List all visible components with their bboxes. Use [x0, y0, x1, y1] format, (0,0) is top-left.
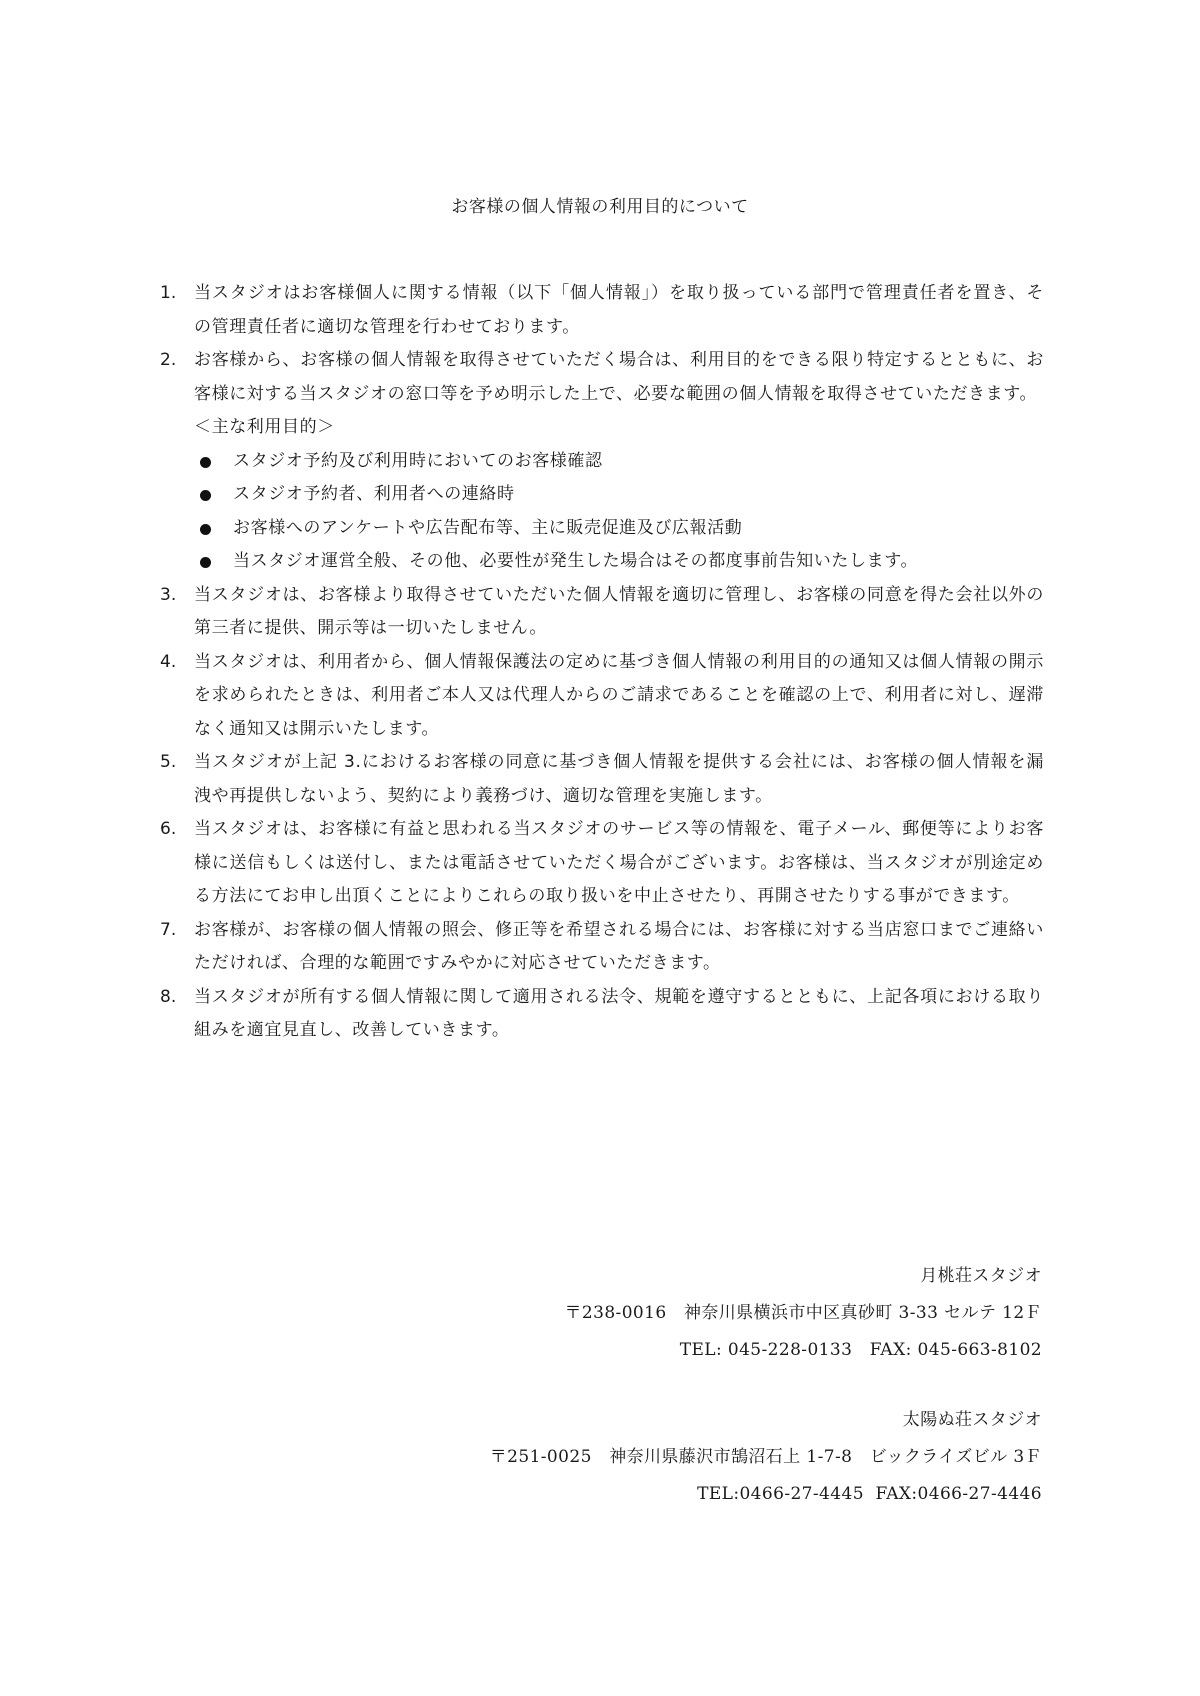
item-number: 1. — [160, 277, 190, 311]
purposes-heading: ＜主な利用目的＞ — [160, 411, 1044, 445]
policy-item-1: 1. 当スタジオはお客様個人に関する情報（以下「個人情報」）を取り扱っている部門… — [160, 277, 1044, 344]
page-title: お客様の個人情報の利用目的について — [0, 192, 1200, 217]
item-text: 当スタジオが所有する個人情報に関して適用される法令、規範を遵守するとともに、上記… — [194, 981, 1044, 1048]
studio-address: 〒238-0016 神奈川県横浜市中区真砂町 3-33 セルテ 12Ｆ — [565, 1295, 1043, 1332]
policy-item-6: 6. 当スタジオは、お客様に有益と思われる当スタジオのサービス等の情報を、電子メ… — [160, 813, 1044, 914]
purpose-bullet-1: スタジオ予約及び利用時においてのお客様確認 — [160, 445, 1044, 479]
bullet-icon — [200, 557, 211, 568]
policy-list: 1. 当スタジオはお客様個人に関する情報（以下「個人情報」）を取り扱っている部門… — [160, 277, 1044, 1048]
bullet-text: お客様へのアンケートや広告配布等、主に販売促進及び広報活動 — [233, 518, 742, 538]
item-number: 2. — [160, 344, 190, 378]
bullet-text: 当スタジオ運営全般、その他、必要性が発生した場合はその都度事前告知いたします。 — [233, 551, 918, 571]
studio-name: 月桃荘スタジオ — [565, 1258, 1043, 1295]
item-text: 当スタジオは、お客様より取得させていただいた個人情報を適切に管理し、お客様の同意… — [194, 579, 1044, 646]
item-text: 当スタジオはお客様個人に関する情報（以下「個人情報」）を取り扱っている部門で管理… — [194, 277, 1044, 344]
policy-item-4: 4. 当スタジオは、利用者から、個人情報保護法の定めに基づき個人情報の利用目的の… — [160, 646, 1044, 747]
studio-address: 〒251-0025 神奈川県藤沢市鵠沼石上 1-7-8 ビックライズビル 3Ｆ — [490, 1439, 1042, 1476]
studio-name: 太陽ぬ荘スタジオ — [490, 1402, 1042, 1439]
item-text: 当スタジオは、利用者から、個人情報保護法の定めに基づき個人情報の利用目的の通知又… — [194, 646, 1044, 747]
studio-phone-fax: TEL:0466-27-4445 FAX:0466-27-4446 — [490, 1476, 1042, 1513]
item-text: お客様から、お客様の個人情報を取得させていただく場合は、利用目的をできる限り特定… — [194, 344, 1044, 411]
item-number: 6. — [160, 813, 190, 847]
bullet-text: スタジオ予約者、利用者への連絡時 — [233, 484, 515, 504]
item-number: 4. — [160, 646, 190, 680]
bullet-icon — [200, 524, 211, 535]
item-number: 8. — [160, 981, 190, 1015]
item-number: 3. — [160, 579, 190, 613]
purpose-bullet-4: 当スタジオ運営全般、その他、必要性が発生した場合はその都度事前告知いたします。 — [160, 545, 1044, 579]
studio-contact-1: 月桃荘スタジオ 〒238-0016 神奈川県横浜市中区真砂町 3-33 セルテ … — [565, 1258, 1043, 1369]
policy-item-8: 8. 当スタジオが所有する個人情報に関して適用される法令、規範を遵守するとともに… — [160, 981, 1044, 1048]
item-number: 7. — [160, 914, 190, 948]
purpose-bullet-3: お客様へのアンケートや広告配布等、主に販売促進及び広報活動 — [160, 512, 1044, 546]
policy-item-5: 5. 当スタジオが上記 3.におけるお客様の同意に基づき個人情報を提供する会社に… — [160, 746, 1044, 813]
bullet-icon — [200, 457, 211, 468]
policy-item-3: 3. 当スタジオは、お客様より取得させていただいた個人情報を適切に管理し、お客様… — [160, 579, 1044, 646]
bullet-text: スタジオ予約及び利用時においてのお客様確認 — [233, 451, 603, 471]
policy-item-7: 7. お客様が、お客様の個人情報の照会、修正等を希望される場合には、お客様に対す… — [160, 914, 1044, 981]
studio-contact-2: 太陽ぬ荘スタジオ 〒251-0025 神奈川県藤沢市鵠沼石上 1-7-8 ビック… — [490, 1402, 1042, 1513]
purpose-bullet-2: スタジオ予約者、利用者への連絡時 — [160, 478, 1044, 512]
policy-item-2: 2. お客様から、お客様の個人情報を取得させていただく場合は、利用目的をできる限… — [160, 344, 1044, 411]
bullet-icon — [200, 490, 211, 501]
item-number: 5. — [160, 746, 190, 780]
studio-phone-fax: TEL: 045-228-0133 FAX: 045-663-8102 — [565, 1332, 1043, 1369]
document-page: お客様の個人情報の利用目的について 1. 当スタジオはお客様個人に関する情報（以… — [0, 0, 1200, 1696]
item-text: 当スタジオが上記 3.におけるお客様の同意に基づき個人情報を提供する会社には、お… — [194, 746, 1044, 813]
item-text: お客様が、お客様の個人情報の照会、修正等を希望される場合には、お客様に対する当店… — [194, 914, 1044, 981]
item-text: 当スタジオは、お客様に有益と思われる当スタジオのサービス等の情報を、電子メール、… — [194, 813, 1044, 914]
